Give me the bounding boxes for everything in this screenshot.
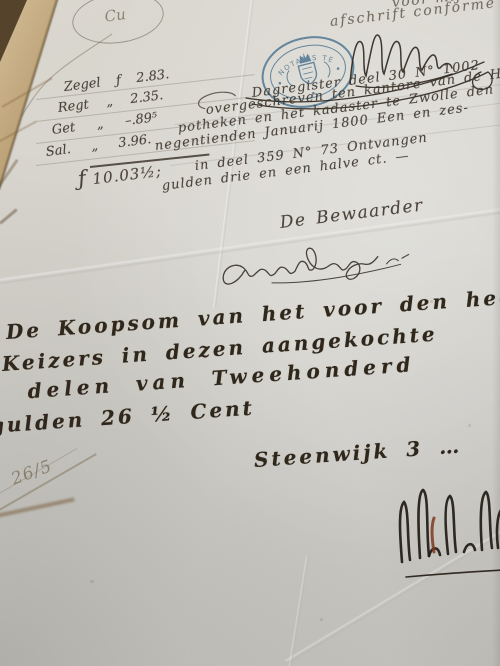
fee-amount: –.89⁵ <box>124 110 158 129</box>
fee-currency: ƒ <box>115 73 122 88</box>
oval-mark-label: Cu <box>103 5 126 26</box>
fee-ditto: „ <box>96 117 105 133</box>
foxing-spot <box>430 300 433 303</box>
foxing-spot <box>90 580 94 583</box>
fee-amount: 3.96. <box>117 132 152 151</box>
fee-ditto: „ <box>105 94 114 110</box>
document-photo: Cu voor mij. afschrift conforme NOTARIS … <box>0 0 500 666</box>
foxing-spot <box>468 424 471 427</box>
foxing-spot <box>320 618 323 621</box>
fee-total: ƒ 10.03½; <box>77 157 163 191</box>
bleed-through-mark <box>0 208 18 224</box>
pencil-note: 26/5 <box>9 456 55 489</box>
ink-blot <box>432 518 434 552</box>
main-signature <box>390 482 500 584</box>
keeper-signature <box>208 226 427 298</box>
dateline: Steenwijk 3 … <box>253 433 463 471</box>
fee-label: Get <box>51 120 76 138</box>
florin-sign: ƒ <box>77 166 89 191</box>
fee-ditto: „ <box>90 139 99 155</box>
signature-underline <box>406 570 500 577</box>
fee-label: Sal. <box>45 142 72 160</box>
fee-amount: 2.35. <box>129 88 164 107</box>
